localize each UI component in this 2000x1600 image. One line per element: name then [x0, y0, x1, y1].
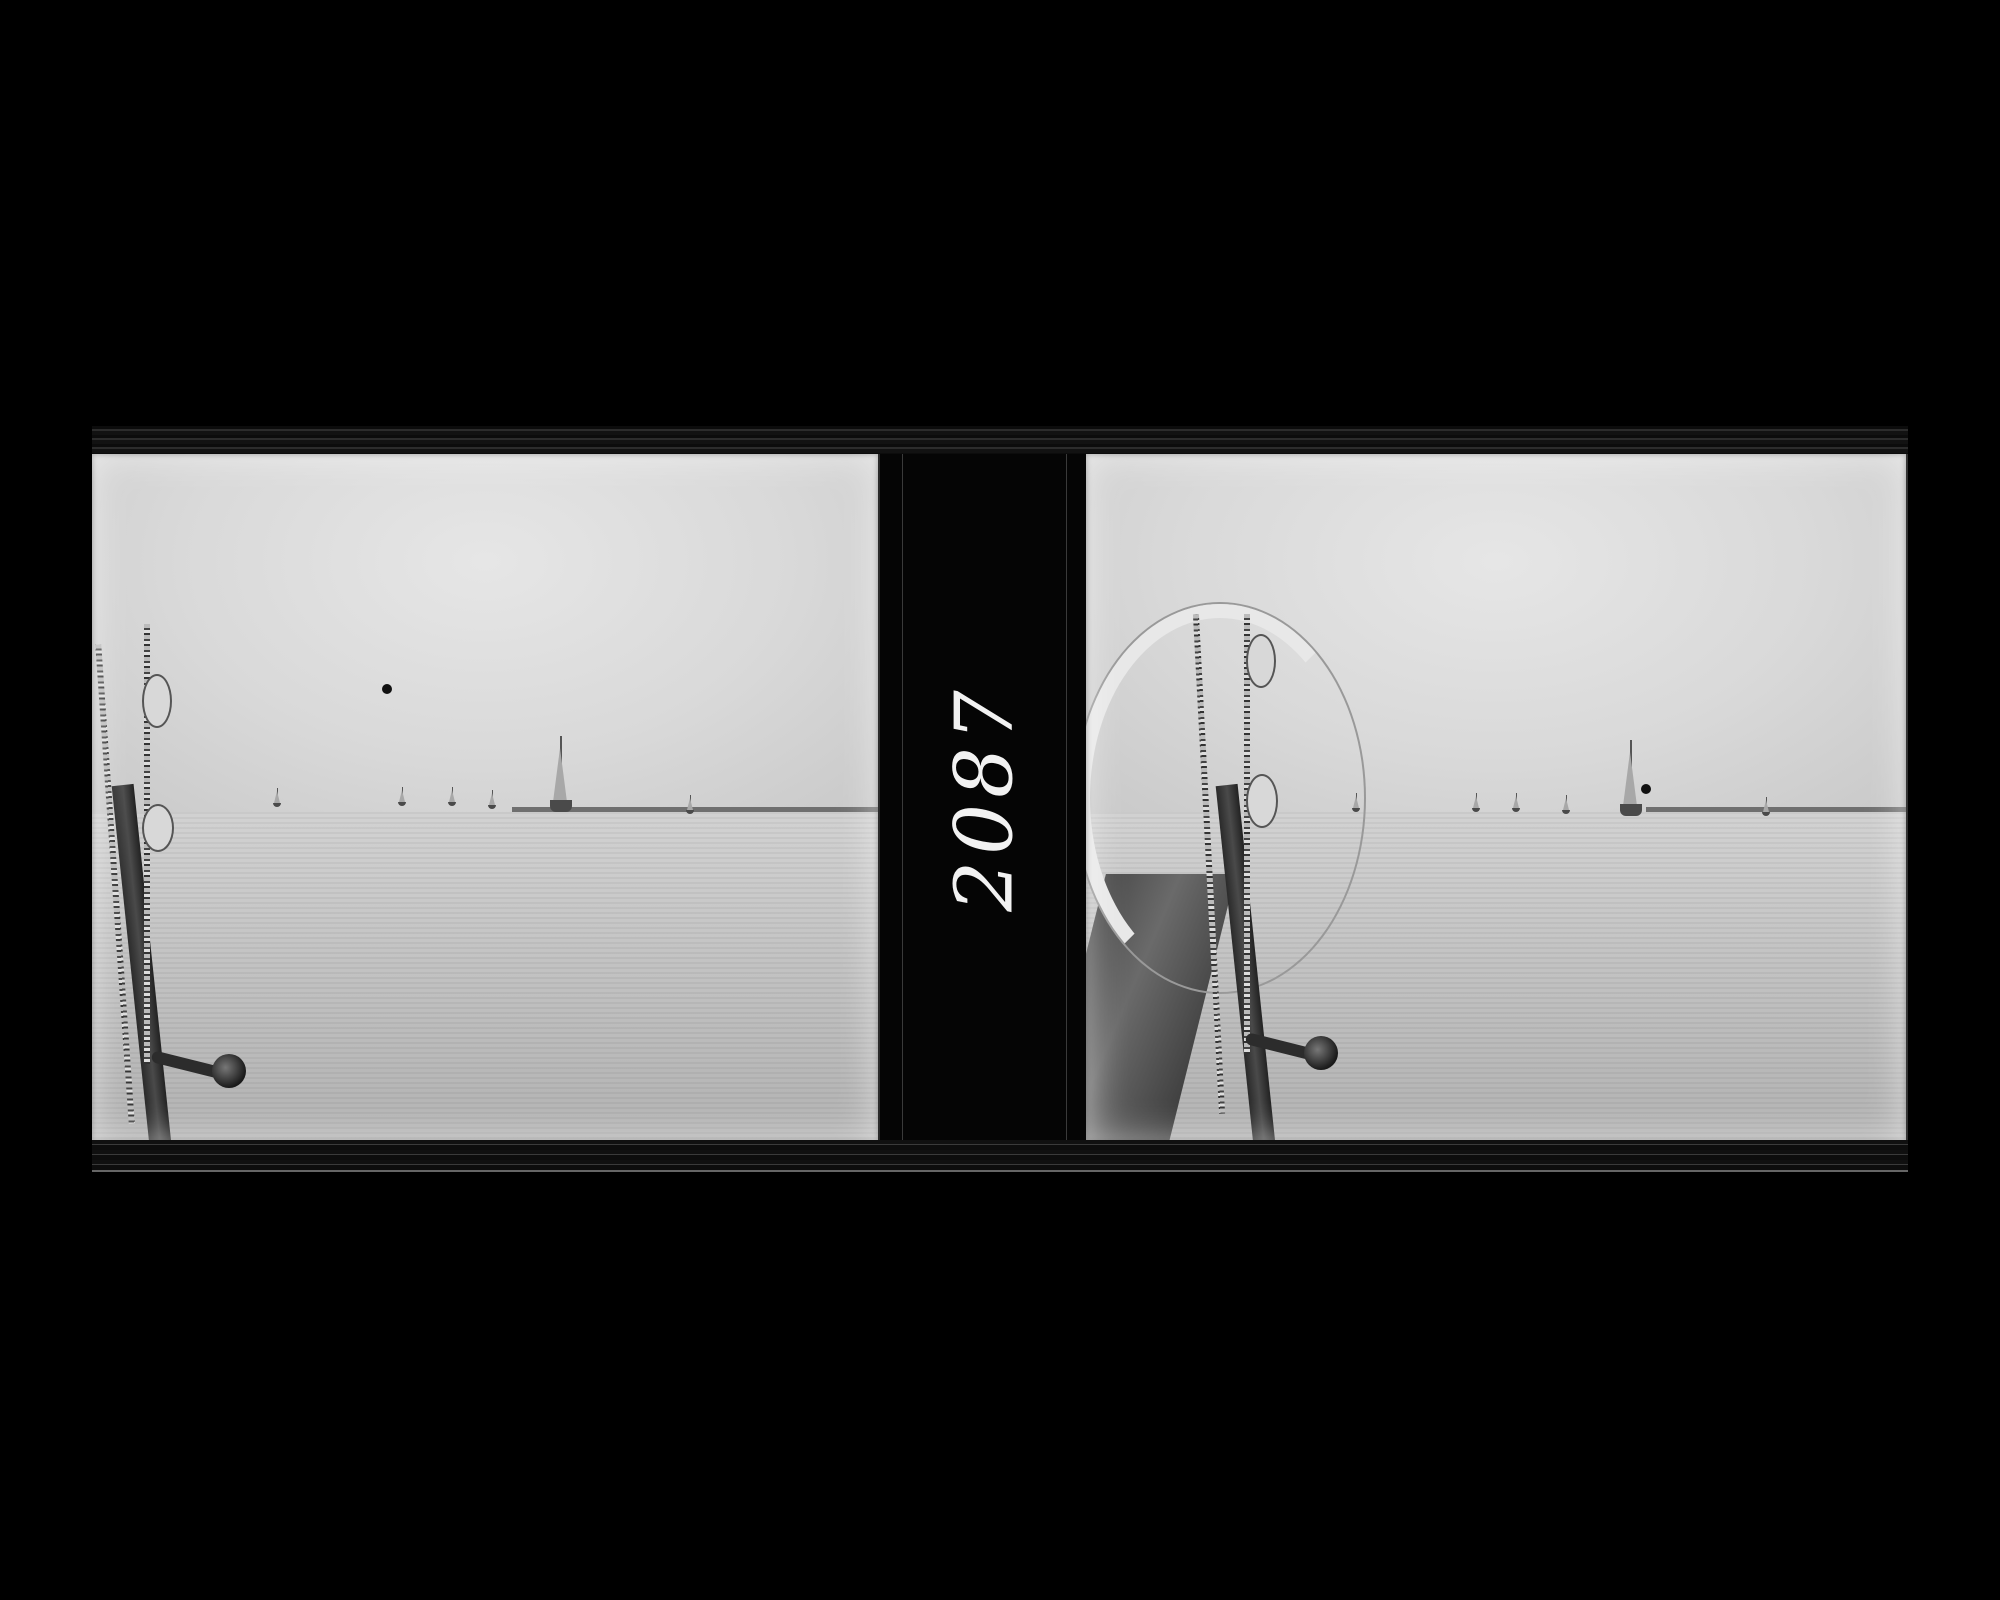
sky [92, 454, 878, 812]
pulley-block [142, 804, 174, 852]
sea [92, 812, 878, 1142]
glass-plate: 2087 [92, 426, 1908, 1172]
pulley-block [1246, 774, 1278, 828]
distant-shoreline [1646, 807, 1906, 812]
pulley-block [1246, 634, 1276, 688]
plate-bottom-edge [92, 1140, 1908, 1172]
chain [1244, 614, 1250, 1054]
plate-top-edge [92, 426, 1908, 454]
pulley-block [142, 674, 172, 728]
handwritten-inscription: 2087 [938, 684, 1031, 912]
stereo-frame-left [92, 454, 878, 1142]
davit-knob [212, 1054, 246, 1088]
stereo-frame-right [1086, 454, 1906, 1142]
center-divider: 2087 [878, 454, 1090, 1142]
davit-knob [1304, 1036, 1338, 1070]
plate-speck [382, 684, 392, 694]
plate-speck [1641, 784, 1651, 794]
